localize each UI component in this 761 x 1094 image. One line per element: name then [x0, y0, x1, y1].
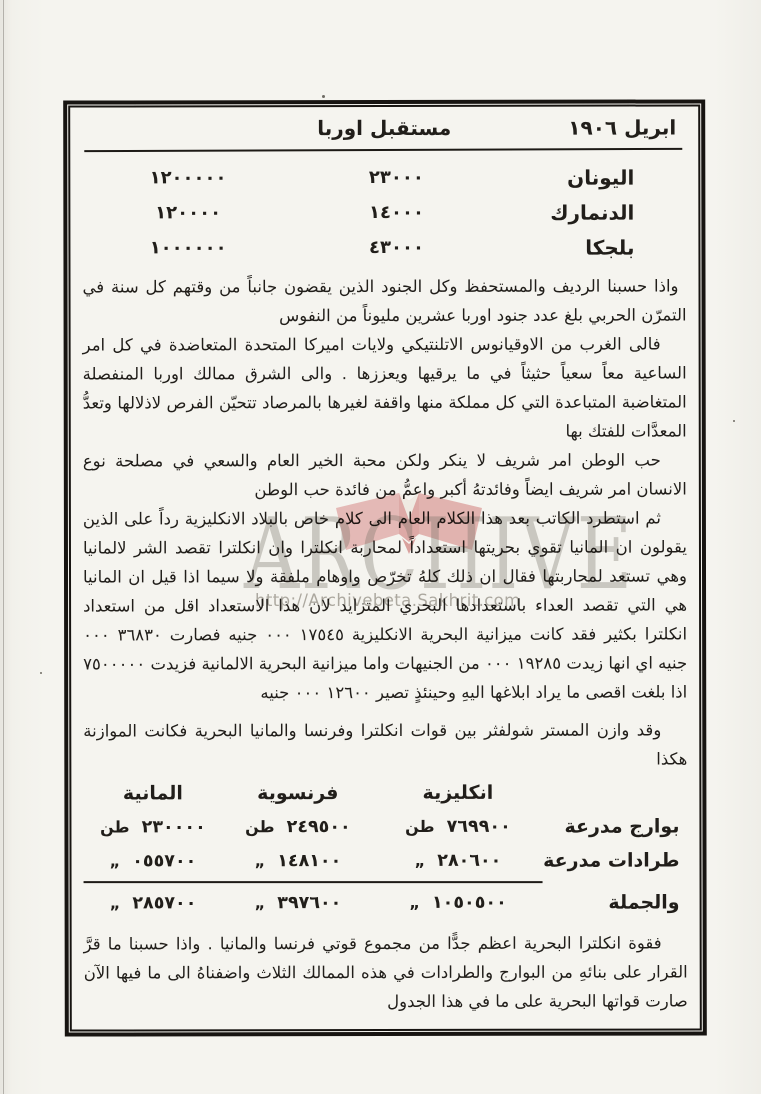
- page-header: مستقبل اوربا ابريل ١٩٠٦: [82, 110, 686, 147]
- war-strength-value: ١٢٠٠٠٠٠: [82, 167, 293, 188]
- tonnage-cell: ٠٥٥٧٠٠ „: [84, 851, 223, 871]
- table-row: بوارج مدرعة ٧٦٩٩٠٠ طن ٢٤٩٥٠٠ طن ٢٣٠٠٠٠ ط…: [83, 809, 687, 844]
- tonnage-cell: ٧٦٩٩٠٠ طن: [373, 817, 542, 837]
- paragraph: ثم استطرد الكاتب بعد هذا الكلام العام ال…: [83, 503, 687, 707]
- tonnage-value: ٢٨٠٦٠٠: [437, 851, 501, 871]
- scan-speck: [733, 420, 735, 422]
- table-row: اليونان ٢٣٠٠٠ ١٢٠٠٠٠٠: [82, 159, 686, 195]
- page-border-frame-inner: مستقبل اوربا ابريل ١٩٠٦ اليونان ٢٣٠٠٠ ١٢…: [68, 104, 702, 1031]
- table-total-row: والجملة ١٠٥٠٥٠٠ „ ٣٩٧٦٠٠ „ ٢٨٥٧٠٠ „: [84, 885, 688, 920]
- tonnage-value: ٢٨٥٧٠٠: [132, 893, 196, 913]
- tonnage-value: ١٤٨١٠٠: [277, 851, 341, 871]
- issue-date: ابريل ١٩٠٦: [568, 115, 676, 139]
- ditto-mark: „: [110, 851, 121, 870]
- row-label: طرادات مدرعة: [543, 849, 688, 871]
- tonnage-unit: طن: [100, 817, 130, 836]
- ditto-mark: „: [255, 893, 266, 912]
- tonnage-cell: ٢٨٠٦٠٠ „: [373, 851, 542, 871]
- country-name: بلجكا: [499, 235, 686, 259]
- paragraph: فالى الغرب من الاوقيانوس الاتلنتيكي ولاي…: [83, 329, 687, 446]
- armies-table: اليونان ٢٣٠٠٠ ١٢٠٠٠٠٠ الدنمارك ١٤٠٠٠ ١٢٠…: [82, 159, 686, 265]
- column-header-german: المانية: [83, 782, 222, 804]
- paragraph: حب الوطن امر شريف لا ينكر ولكن محبة الخي…: [83, 445, 687, 504]
- table-row: طرادات مدرعة ٢٨٠٦٠٠ „ ١٤٨١٠٠ „ ٠٥٥٧٠٠ „: [83, 843, 687, 878]
- total-separator-line: [84, 881, 543, 883]
- column-header-english: انكليزية: [373, 782, 542, 804]
- page-content: مستقبل اوربا ابريل ١٩٠٦ اليونان ٢٣٠٠٠ ١٢…: [70, 106, 700, 1029]
- row-label: بوارج مدرعة: [542, 815, 687, 837]
- scan-speck: [322, 95, 325, 98]
- table-row: بلجكا ٤٣٠٠٠ ١٠٠٠٠٠٠: [82, 229, 686, 265]
- ditto-mark: „: [415, 851, 426, 870]
- tonnage-value: ٣٩٧٦٠٠: [277, 893, 341, 913]
- header-rule: [84, 148, 682, 152]
- tonnage-cell: ٣٩٧٦٠٠ „: [223, 893, 374, 913]
- war-strength-value: ١٢٠٠٠٠: [82, 202, 293, 223]
- scan-edge-line: [3, 0, 4, 1094]
- tonnage-cell: ٢٣٠٠٠٠ طن: [83, 817, 222, 837]
- ditto-mark: „: [255, 851, 266, 870]
- paragraph: فقوة انكلترا البحرية اعظم جدًّا من مجموع…: [84, 928, 688, 1016]
- navy-comparison-table: انكليزية فرنسوية المانية بوارج مدرعة ٧٦٩…: [83, 775, 687, 920]
- ditto-mark: „: [110, 893, 121, 912]
- tonnage-cell: ٢٨٥٧٠٠ „: [84, 893, 223, 913]
- tonnage-value: ٧٦٩٩٠٠: [447, 817, 511, 837]
- peace-strength-value: ١٤٠٠٠: [294, 202, 499, 223]
- row-label: والجملة: [543, 891, 688, 913]
- tonnage-value: ٢٤٩٥٠٠: [287, 817, 351, 837]
- war-strength-value: ١٠٠٠٠٠٠: [82, 237, 293, 258]
- paragraph: واذا حسبنا الرديف والمستحفظ وكل الجنود ا…: [82, 271, 686, 330]
- tonnage-value: ١٠٥٠٥٠٠: [432, 893, 507, 913]
- tonnage-value: ٢٣٠٠٠٠: [142, 817, 206, 837]
- tonnage-cell: ١٠٥٠٥٠٠ „: [374, 893, 543, 913]
- tonnage-cell: ٢٤٩٥٠٠ طن: [222, 817, 373, 837]
- column-header-french: فرنسوية: [222, 782, 373, 804]
- page-title: مستقبل اوربا: [317, 116, 451, 140]
- table-header-row: انكليزية فرنسوية المانية: [83, 775, 687, 810]
- country-name: اليونان: [499, 165, 686, 189]
- tonnage-value: ٠٥٥٧٠٠: [132, 851, 196, 871]
- tonnage-unit: طن: [245, 817, 275, 836]
- tonnage-unit: طن: [405, 817, 435, 836]
- peace-strength-value: ٤٣٠٠٠: [294, 237, 499, 258]
- table-row: الدنمارك ١٤٠٠٠ ١٢٠٠٠٠: [82, 194, 686, 230]
- scan-speck: [40, 672, 42, 674]
- paragraph: وقد وازن المستر شولفثر بين قوات انكلترا …: [83, 715, 687, 774]
- peace-strength-value: ٢٣٠٠٠: [294, 167, 499, 188]
- ditto-mark: „: [409, 893, 420, 912]
- country-name: الدنمارك: [499, 200, 686, 224]
- tonnage-cell: ١٤٨١٠٠ „: [222, 851, 373, 871]
- page-border-frame: مستقبل اوربا ابريل ١٩٠٦ اليونان ٢٣٠٠٠ ١٢…: [63, 99, 707, 1036]
